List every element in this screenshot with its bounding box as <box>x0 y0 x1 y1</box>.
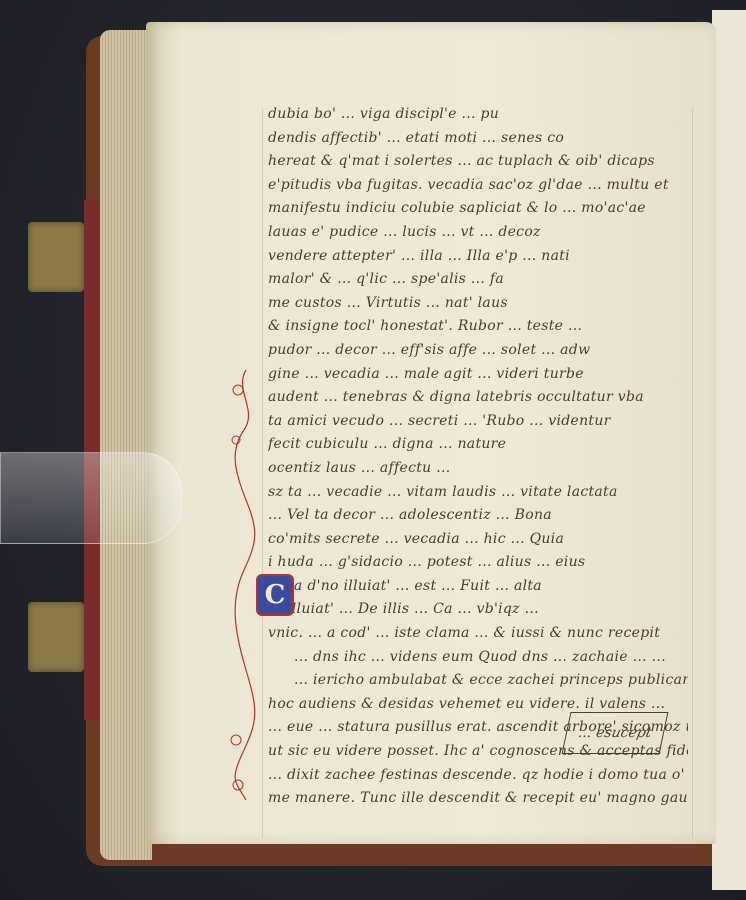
text-line: vnic. ... a cod' ... iste clama ... & iu… <box>268 625 688 649</box>
text-line: ocentiz laus ... affectu ... <box>268 460 688 484</box>
text-line: co'mits secrete ... vecadia ... hic ... … <box>268 531 688 555</box>
text-line: gine ... vecadia ... male agit ... vider… <box>268 366 688 390</box>
text-line: ... illuiat' ... De illis ... Ca ... vb'… <box>268 601 688 625</box>
decorated-initial: C <box>256 574 294 616</box>
text-line: & insigne tocl' honestat'. Rubor ... tes… <box>268 318 688 342</box>
clasp-top <box>28 222 84 292</box>
text-line-with-rubric: ... dns ihc ... videns eum Quod dns ... … <box>268 649 688 673</box>
text-line: lauas e' pudice ... lucis ... vt ... dec… <box>268 224 688 248</box>
text-line: me manere. Tunc ille descendit & recepit… <box>268 790 688 814</box>
text-line: sz ta ... vecadie ... vitam laudis ... v… <box>268 484 688 508</box>
clear-page-weight <box>0 452 182 544</box>
text-line: dendis affectib' ... etati moti ... sene… <box>268 130 688 154</box>
text-line: e'pitudis vba fugitas. vecadia sac'oz gl… <box>268 177 688 201</box>
text-line: hereat & q'mat i solertes ... ac tuplach… <box>268 153 688 177</box>
ruling-right <box>692 108 693 838</box>
text-line: malor' & ... q'lic ... spe'alis ... fa <box>268 271 688 295</box>
facing-page-edge <box>712 10 746 890</box>
page-edges <box>100 30 152 860</box>
text-line: fecit cubiculu ... digna ... nature <box>268 436 688 460</box>
manuscript-text: dubia bo' ... viga discipl'e ... pu dend… <box>268 106 688 814</box>
text-line: dubia bo' ... viga discipl'e ... pu <box>268 106 688 130</box>
text-line: audent ... tenebras & digna latebris occ… <box>268 389 688 413</box>
catchword-scroll: ... esucept <box>562 712 669 754</box>
text-line: ... iericho ambulabat & ecce zachei prin… <box>268 672 688 696</box>
clasp-bottom <box>28 602 84 672</box>
text-line: me custos ... Virtutis ... nat' laus <box>268 295 688 319</box>
text-line: manifestu indiciu colubie sapliciat & lo… <box>268 200 688 224</box>
text-segment: ... dns ihc ... videns eum Quod dns ... … <box>294 649 666 665</box>
text-line: i huda ... g'sidacio ... potest ... aliu… <box>268 554 688 578</box>
text-line: pudor ... decor ... eff'sis affe ... sol… <box>268 342 688 366</box>
text-line: vendere attepter' ... illa ... Illa e'p … <box>268 248 688 272</box>
text-line: tut a d'no illuiat' ... est ... Fuit ...… <box>268 578 688 602</box>
text-line: ... Vel ta decor ... adolescentiz ... Bo… <box>268 507 688 531</box>
text-line: ... dixit zachee festinas descende. qz h… <box>268 767 688 791</box>
text-line: ta amici vecudo ... secreti ... 'Rubo ..… <box>268 413 688 437</box>
